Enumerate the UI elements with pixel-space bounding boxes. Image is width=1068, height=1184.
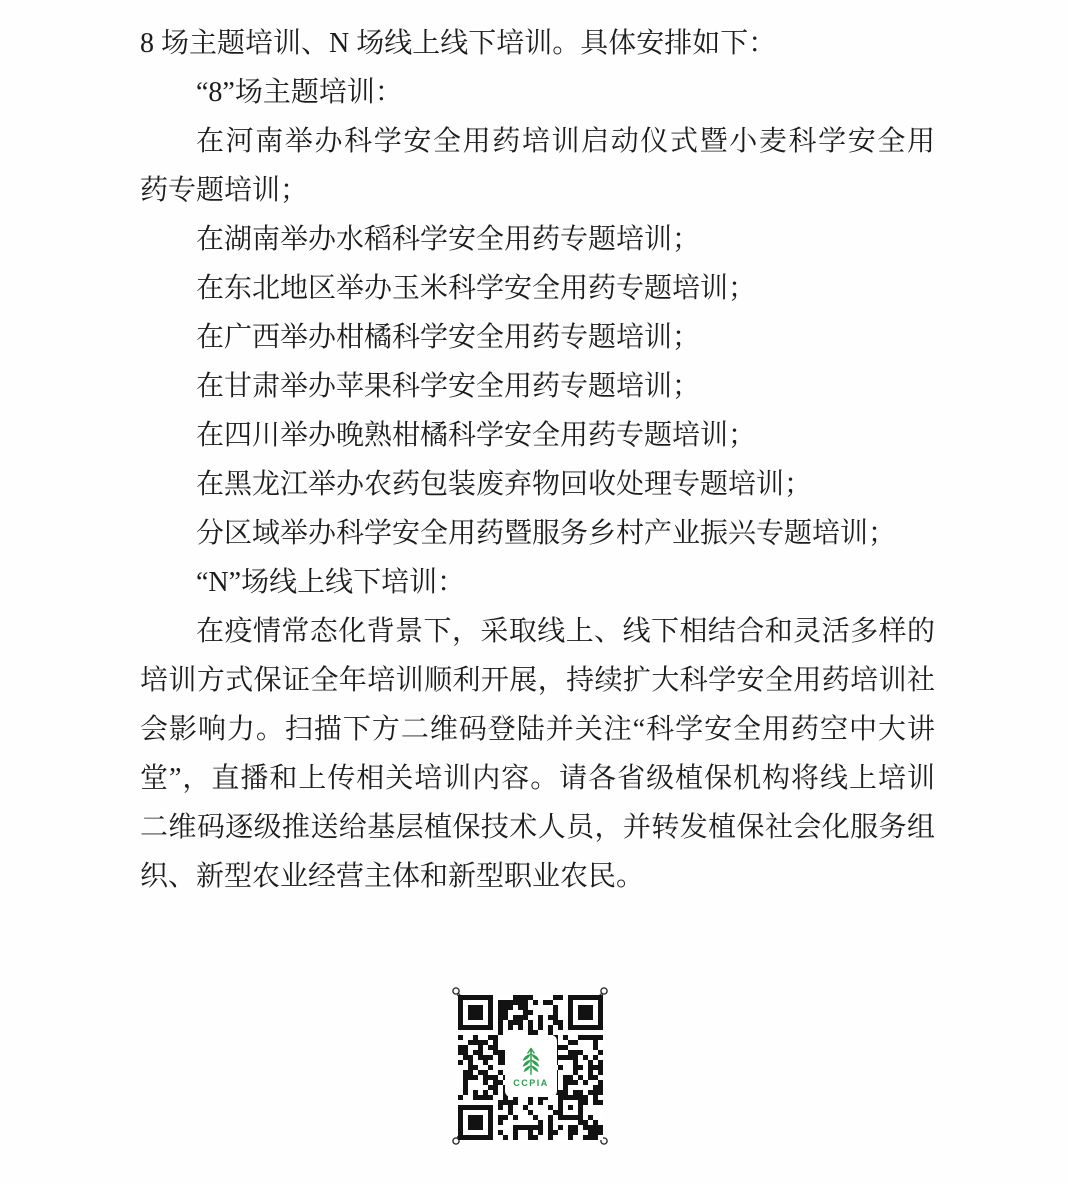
text-line: 在东北地区举办玉米科学安全用药专题培训； xyxy=(140,264,935,313)
text-line: 8 场主题培训、N 场线上线下培训。具体安排如下： xyxy=(140,19,935,68)
qr-code-image: CCPIA xyxy=(452,988,609,1145)
document-page: 8 场主题培训、N 场线上线下培训。具体安排如下：“8”场主题培训：在河南举办科… xyxy=(0,0,1068,1184)
text-line: 二维码逐级推送给基层植保技术人员，并转发植保社会化服务组 xyxy=(140,803,935,852)
text-line: 在河南举办科学安全用药培训启动仪式暨小麦科学安全用 xyxy=(140,117,935,166)
text-line: 在疫情常态化背景下，采取线上、线下相结合和灵活多样的 xyxy=(140,607,935,656)
text-line: 堂”，直播和上传相关培训内容。请各省级植保机构将线上培训 xyxy=(140,754,935,803)
text-line: “8”场主题培训： xyxy=(140,68,935,117)
text-line: 在广西举办柑橘科学安全用药专题培训； xyxy=(140,313,935,362)
text-line: 会影响力。扫描下方二维码登陆并关注“科学安全用药空中大讲 xyxy=(140,705,935,754)
document-text: 8 场主题培训、N 场线上线下培训。具体安排如下：“8”场主题培训：在河南举办科… xyxy=(140,19,935,901)
text-line: 分区域举办科学安全用药暨服务乡村产业振兴专题培训； xyxy=(140,509,935,558)
text-line: 在甘肃举办苹果科学安全用药专题培训； xyxy=(140,362,935,411)
text-line: 培训方式保证全年培训顺利开展，持续扩大科学安全用药培训社 xyxy=(140,656,935,705)
wheat-icon xyxy=(517,1045,545,1077)
text-line: 药专题培训； xyxy=(140,166,935,215)
text-line: 在四川举办晚熟柑橘科学安全用药专题培训； xyxy=(140,411,935,460)
text-line: 织、新型农业经营主体和新型职业农民。 xyxy=(140,852,935,901)
text-line: 在黑龙江举办农药包装废弃物回收处理专题培训； xyxy=(140,460,935,509)
text-line: 在湖南举办水稻科学安全用药专题培训； xyxy=(140,215,935,264)
qr-logo-text: CCPIA xyxy=(513,1078,549,1088)
qr-center-logo: CCPIA xyxy=(505,1035,557,1097)
text-line: “N”场线上线下培训： xyxy=(140,558,935,607)
